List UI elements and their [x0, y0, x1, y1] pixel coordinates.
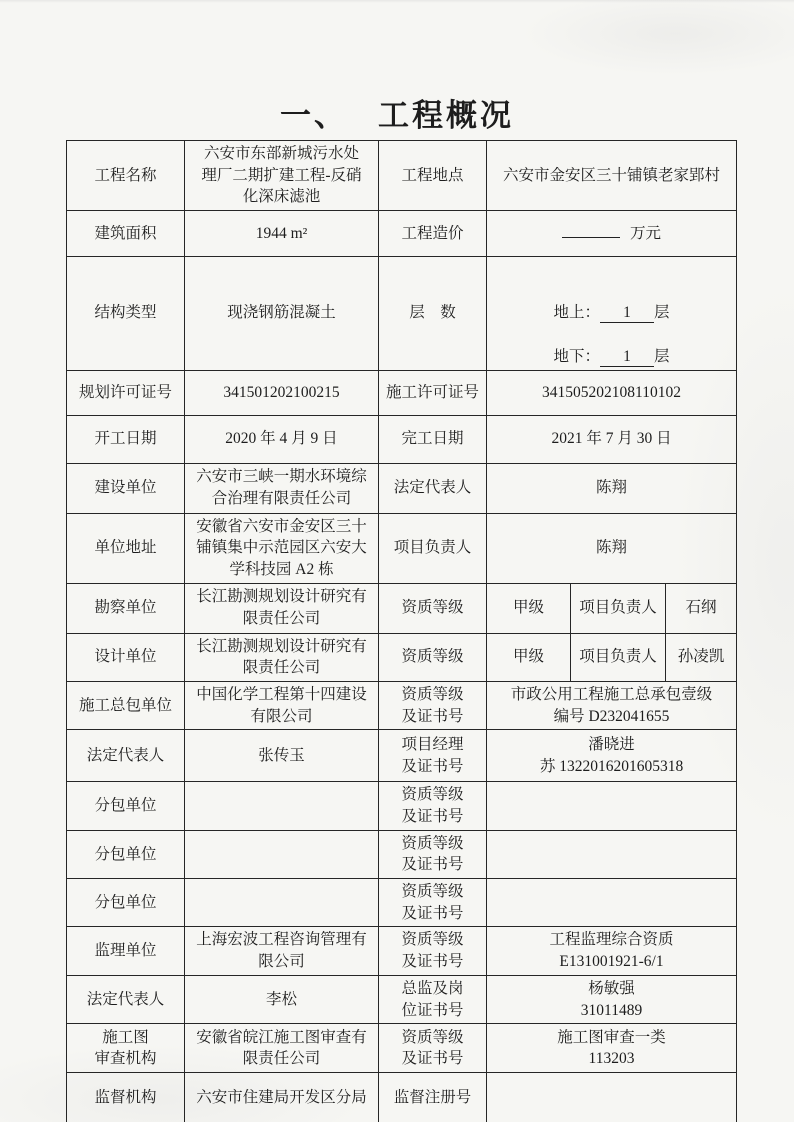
scanned-document-page: { "page": { "title_prefix": "一、", "title…: [0, 0, 794, 1122]
page-title-number: 一、: [280, 98, 348, 133]
value-cell: [487, 782, 737, 830]
label-cell: 法定代表人: [67, 730, 185, 782]
value-cell: [185, 830, 379, 878]
value-cell: 上海宏波工程咨询管理有 限公司: [185, 927, 379, 975]
label-cell: 监督机构: [67, 1073, 185, 1122]
label-cell: 监理单位: [67, 927, 185, 975]
grade-cell: 甲级: [487, 583, 571, 633]
value-cell: 六安市东部新城污水处 理厂二期扩建工程-反硝 化深床滤池: [185, 141, 379, 211]
label-cell: 法定代表人: [379, 463, 487, 513]
value-cell: 陈翔: [487, 463, 737, 513]
value-cell: 长江勘测规划设计研究有 限责任公司: [185, 633, 379, 681]
label-cell: 工程地点: [379, 141, 487, 211]
label-cell: 施工图 审查机构: [67, 1024, 185, 1073]
row-subcontractor-3: 分包单位 资质等级 及证书号: [67, 879, 737, 927]
value-cell: 杨敏强 31011489: [487, 975, 737, 1023]
label-cell: 建筑面积: [67, 211, 185, 257]
value-cell: [487, 830, 737, 878]
label-cell: 设计单位: [67, 633, 185, 681]
label-cell: 工程名称: [67, 141, 185, 211]
row-supervision-unit: 监理单位 上海宏波工程咨询管理有 限公司 资质等级 及证书号 工程监理综合资质 …: [67, 927, 737, 975]
row-legal-rep-contractor: 法定代表人 张传玉 项目经理 及证书号 潘晓进 苏 13220162016053…: [67, 730, 737, 782]
label-cell: 资质等级 及证书号: [379, 830, 487, 878]
label-cell: 资质等级 及证书号: [379, 879, 487, 927]
row-subcontractor-2: 分包单位 资质等级 及证书号: [67, 830, 737, 878]
row-start-date: 开工日期 2020 年 4 月 9 日 完工日期 2021 年 7 月 30 日: [67, 415, 737, 463]
floors-above: 地上：1层: [553, 304, 669, 321]
value-cell: [185, 879, 379, 927]
value-cell: 六安市三峡一期水环境综 合治理有限责任公司: [185, 463, 379, 513]
label-cell: 开工日期: [67, 415, 185, 463]
label-cell: 结构类型: [67, 257, 185, 370]
value-cell: 市政公用工程施工总承包壹级 编号 D232041655: [487, 681, 737, 729]
value-cell: 六安市住建局开发区分局: [185, 1073, 379, 1122]
row-oversight-agency: 监督机构 六安市住建局开发区分局 监督注册号: [67, 1073, 737, 1122]
value-cell: 现浇钢筋混凝土: [185, 257, 379, 370]
row-project-name: 工程名称 六安市东部新城污水处 理厂二期扩建工程-反硝 化深床滤池 工程地点 六…: [67, 141, 737, 211]
blank-underline: [562, 222, 620, 238]
row-unit-address: 单位地址 安徽省六安市金安区三十 铺镇集中示范园区六安大 学科技园 A2 栋 项…: [67, 513, 737, 583]
person-cell: 孙凌凯: [666, 633, 737, 681]
label-cell: 工程造价: [379, 211, 487, 257]
label-cell: 施工总包单位: [67, 681, 185, 729]
cost-value-cell: 万元: [487, 211, 737, 257]
label-cell: 资质等级: [379, 633, 487, 681]
floors-below: 地下：1层: [553, 348, 669, 365]
grade-cell: 甲级: [487, 633, 571, 681]
row-subcontractor-1: 分包单位 资质等级 及证书号: [67, 782, 737, 830]
label-cell: 层 数: [379, 257, 487, 370]
label-cell: 资质等级 及证书号: [379, 1024, 487, 1073]
person-cell: 石纲: [666, 583, 737, 633]
value-cell: 张传玉: [185, 730, 379, 782]
floors-below-count: 1: [600, 348, 654, 367]
cost-unit: 万元: [630, 225, 661, 242]
label-cell: 项目负责人: [379, 513, 487, 583]
floors-cell: 地上：1层 地下：1层: [487, 257, 737, 370]
page-title-text: 工程概况: [378, 98, 514, 133]
label-cell: 项目经理 及证书号: [379, 730, 487, 782]
label-cell: 法定代表人: [67, 975, 185, 1023]
value-cell: 潘晓进 苏 1322016201605318: [487, 730, 737, 782]
row-construction-client: 建设单位 六安市三峡一期水环境综 合治理有限责任公司 法定代表人 陈翔: [67, 463, 737, 513]
value-cell: [185, 782, 379, 830]
row-building-area: 建筑面积 1944 m² 工程造价 万元: [67, 211, 737, 257]
label-cell: 勘察单位: [67, 583, 185, 633]
value-cell: 长江勘测规划设计研究有 限责任公司: [185, 583, 379, 633]
label-cell: 施工许可证号: [379, 370, 487, 415]
label-cell: 分包单位: [67, 879, 185, 927]
value-cell: 341505202108110102: [487, 370, 737, 415]
value-cell: 六安市金安区三十铺镇老家郢村: [487, 141, 737, 211]
row-legal-rep-supervision: 法定代表人 李松 总监及岗 位证书号 杨敏强 31011489: [67, 975, 737, 1023]
value-cell: [487, 1073, 737, 1122]
row-general-contractor: 施工总包单位 中国化学工程第十四建设 有限公司 资质等级 及证书号 市政公用工程…: [67, 681, 737, 729]
value-cell: 2020 年 4 月 9 日: [185, 415, 379, 463]
sub-label-cell: 项目负责人: [571, 583, 666, 633]
value-cell: 安徽省皖江施工图审查有 限责任公司: [185, 1024, 379, 1073]
label-cell: 资质等级 及证书号: [379, 927, 487, 975]
label-cell: 资质等级 及证书号: [379, 681, 487, 729]
label-cell: 总监及岗 位证书号: [379, 975, 487, 1023]
label-cell: 资质等级: [379, 583, 487, 633]
project-overview-table: 工程名称 六安市东部新城污水处 理厂二期扩建工程-反硝 化深床滤池 工程地点 六…: [66, 140, 737, 1122]
value-cell: 工程监理综合资质 E131001921-6/1: [487, 927, 737, 975]
label-cell: 监督注册号: [379, 1073, 487, 1122]
label-cell: 完工日期: [379, 415, 487, 463]
value-cell: 安徽省六安市金安区三十 铺镇集中示范园区六安大 学科技园 A2 栋: [185, 513, 379, 583]
label-cell: 资质等级 及证书号: [379, 782, 487, 830]
label-cell: 规划许可证号: [67, 370, 185, 415]
label-cell: 单位地址: [67, 513, 185, 583]
value-cell: 341501202100215: [185, 370, 379, 415]
value-cell: 1944 m²: [185, 211, 379, 257]
value-cell: 2021 年 7 月 30 日: [487, 415, 737, 463]
value-cell: 李松: [185, 975, 379, 1023]
label-cell: 建设单位: [67, 463, 185, 513]
row-survey-unit: 勘察单位 长江勘测规划设计研究有 限责任公司 资质等级 甲级 项目负责人 石纲: [67, 583, 737, 633]
value-cell: [487, 879, 737, 927]
value-cell: 陈翔: [487, 513, 737, 583]
label-cell: 分包单位: [67, 782, 185, 830]
value-cell: 中国化学工程第十四建设 有限公司: [185, 681, 379, 729]
page-title: 一、工程概况: [0, 90, 794, 135]
row-design-unit: 设计单位 长江勘测规划设计研究有 限责任公司 资质等级 甲级 项目负责人 孙凌凯: [67, 633, 737, 681]
sub-label-cell: 项目负责人: [571, 633, 666, 681]
floors-above-count: 1: [600, 304, 654, 323]
row-structure-type: 结构类型 现浇钢筋混凝土 层 数 地上：1层 地下：1层: [67, 257, 737, 370]
floors-value: 地上：1层 地下：1层: [553, 281, 669, 368]
value-cell: 施工图审查一类 113203: [487, 1024, 737, 1073]
label-cell: 分包单位: [67, 830, 185, 878]
row-drawing-review-agency: 施工图 审查机构 安徽省皖江施工图审查有 限责任公司 资质等级 及证书号 施工图…: [67, 1024, 737, 1073]
row-planning-permit: 规划许可证号 341501202100215 施工许可证号 3415052021…: [67, 370, 737, 415]
